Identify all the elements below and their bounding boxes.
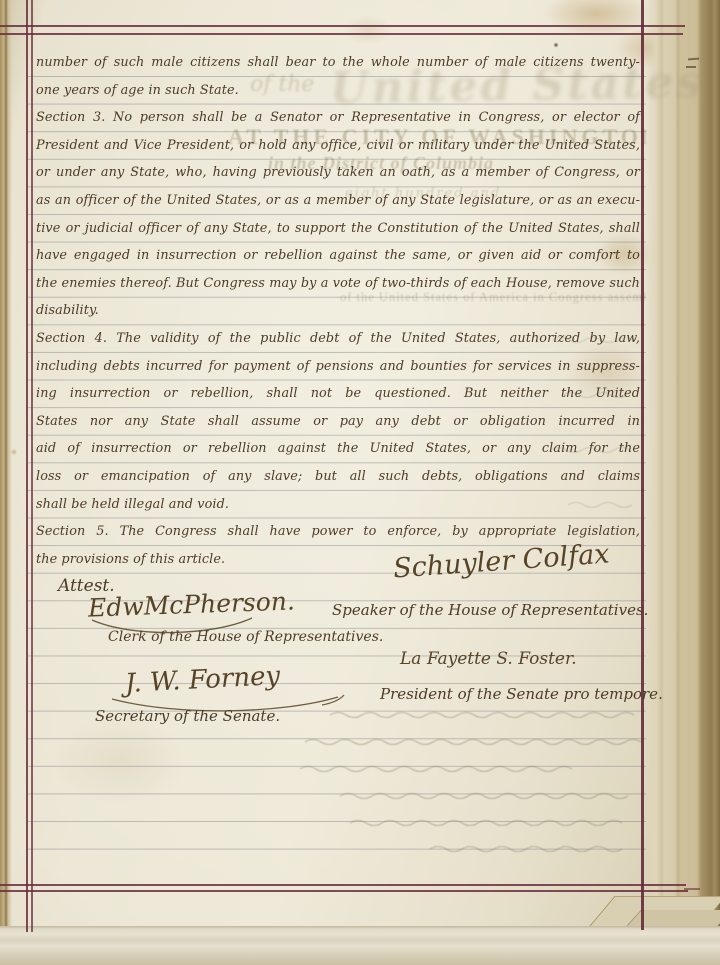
manuscript-line: tive or judicial officer of any State, t… — [36, 216, 640, 241]
manuscript-line: States nor any State shall assume or pay… — [36, 409, 640, 434]
manuscript-page: of the United States AT THE CITY OF WASH… — [0, 0, 720, 965]
manuscript-line: have engaged in insurrection or rebellio… — [36, 243, 640, 268]
bottom-page-edge — [0, 926, 720, 965]
manuscript-line: shall be held illegal and void. — [36, 492, 640, 517]
right-margin-rule — [641, 0, 644, 930]
signature-foster: La Fayette S. Foster. — [400, 649, 577, 669]
manuscript-line: the enemies thereof. But Congress may by… — [36, 271, 640, 296]
manuscript-line: disability. — [36, 298, 640, 323]
bottom-margin-rule-lower — [0, 890, 688, 892]
manuscript-line: Section 4. The validity of the public de… — [36, 326, 640, 351]
signature-mcpherson-title: Clerk of the House of Representatives. — [108, 629, 383, 645]
binding-edge — [0, 0, 12, 965]
top-margin-rule-upper — [0, 25, 685, 27]
top-margin-rule-lower — [0, 33, 683, 35]
manuscript-line: or under any State, who, having previous… — [36, 160, 640, 185]
manuscript-line: Section 5. The Congress shall have power… — [36, 519, 640, 544]
manuscript-line: aid of insurrection or rebellion against… — [36, 436, 640, 461]
manuscript-line: including debts incurred for payment of … — [36, 354, 640, 379]
manuscript-line: ing insurrection or rebellion, shall not… — [36, 381, 640, 406]
left-margin-rule-inner — [31, 0, 33, 932]
manuscript-line: as an officer of the United States, or a… — [36, 188, 640, 213]
signature-forney-title: Secretary of the Senate. — [95, 707, 280, 725]
manuscript-line: loss or emancipation of any slave; but a… — [36, 464, 640, 489]
manuscript-line: one years of age in such State. — [36, 78, 640, 103]
left-margin-rule-outer — [26, 0, 28, 932]
stacked-page-edges — [645, 0, 720, 965]
signature-foster-title: President of the Senate pro tempore. — [380, 685, 663, 703]
manuscript-line: number of such male citizens shall bear … — [36, 50, 640, 75]
signature-colfax-title: Speaker of the House of Representatives. — [332, 601, 648, 619]
manuscript-line: Section 3. No person shall be a Senator … — [36, 105, 640, 130]
manuscript-line: President and Vice President, or hold an… — [36, 133, 640, 158]
edge-rule-fragment — [684, 888, 700, 890]
edge-mark — [686, 66, 696, 68]
bottom-margin-rule-upper — [0, 884, 686, 886]
